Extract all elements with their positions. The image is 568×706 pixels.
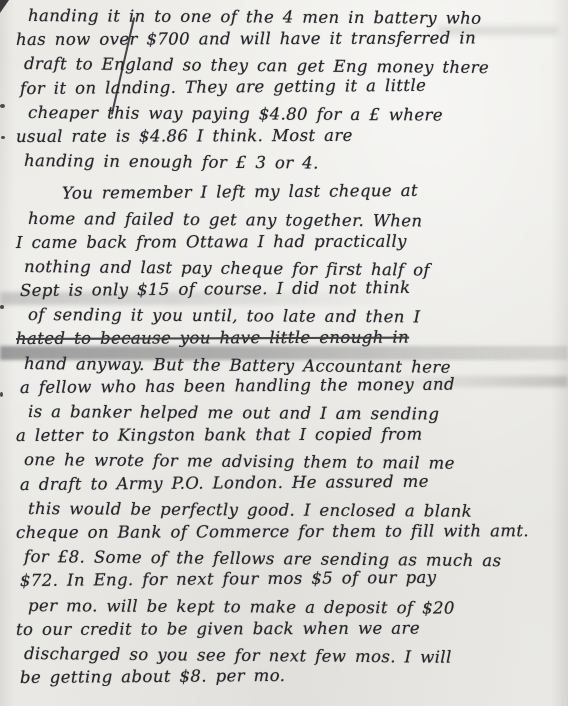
letter-line: cheque on Bank of Commerce for them to f… [16, 519, 562, 545]
letter-line: usual rate is $4.86 I think. Most are [16, 123, 562, 149]
letter-line: a draft to Army P.O. London. He assured … [20, 468, 562, 496]
letter-scan: handing it in to one of the 4 men in bat… [0, 0, 568, 706]
letter-line: to our credit to be given back when we a… [16, 616, 562, 642]
letter-page: handing it in to one of the 4 men in bat… [0, 0, 568, 706]
ink-speck [1, 136, 5, 139]
letter-line: a fellow who has been handling the money… [20, 372, 562, 400]
letter-body: handing it in to one of the 4 men in bat… [14, 4, 562, 690]
ink-speck [0, 305, 4, 309]
ink-speck [0, 104, 5, 108]
letter-line: I came back from Ottawa I had practicall… [16, 229, 562, 255]
letter-line: a letter to Kingston bank that I copied … [16, 422, 562, 448]
letter-line: has now over $700 and will have it trans… [16, 26, 562, 52]
letter-line: for it on landing. They are getting it a… [20, 72, 562, 100]
letter-line: You remember I left my last cheque at [20, 178, 562, 206]
letter-line-struck-through: hated to because you have little enough … [16, 326, 562, 352]
letter-line: Sept is only $15 of course. I did not th… [20, 275, 562, 303]
letter-line: handing in enough for £ 3 or 4. [24, 149, 562, 178]
letter-line: be getting about $8. per mo. [20, 662, 562, 690]
letter-line: $72. In Eng. for next four mos $5 of our… [20, 565, 562, 593]
ink-speck [0, 392, 3, 397]
corner-mark [0, 0, 9, 13]
